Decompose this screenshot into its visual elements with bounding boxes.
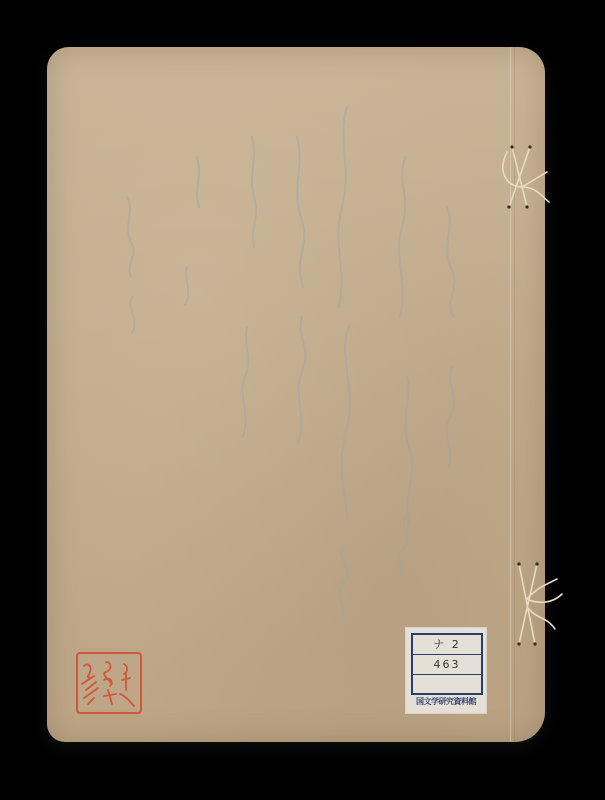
bottom-binding-string [507,559,567,649]
seal-glyph-icon [78,654,140,712]
red-seal-stamp [76,652,142,714]
label-shelf-code: ナ 2 [413,635,481,655]
top-binding-string [487,142,557,212]
label-institution-name: 国文学研究資料館 [406,696,486,707]
library-call-number-label: ナ 2 463 国文学研究資料館 [405,627,487,714]
label-call-number: 463 [413,655,481,675]
book-cover: ナ 2 463 国文学研究資料館 [47,47,545,742]
label-blank-row [413,675,481,694]
label-table: ナ 2 463 [411,633,483,695]
